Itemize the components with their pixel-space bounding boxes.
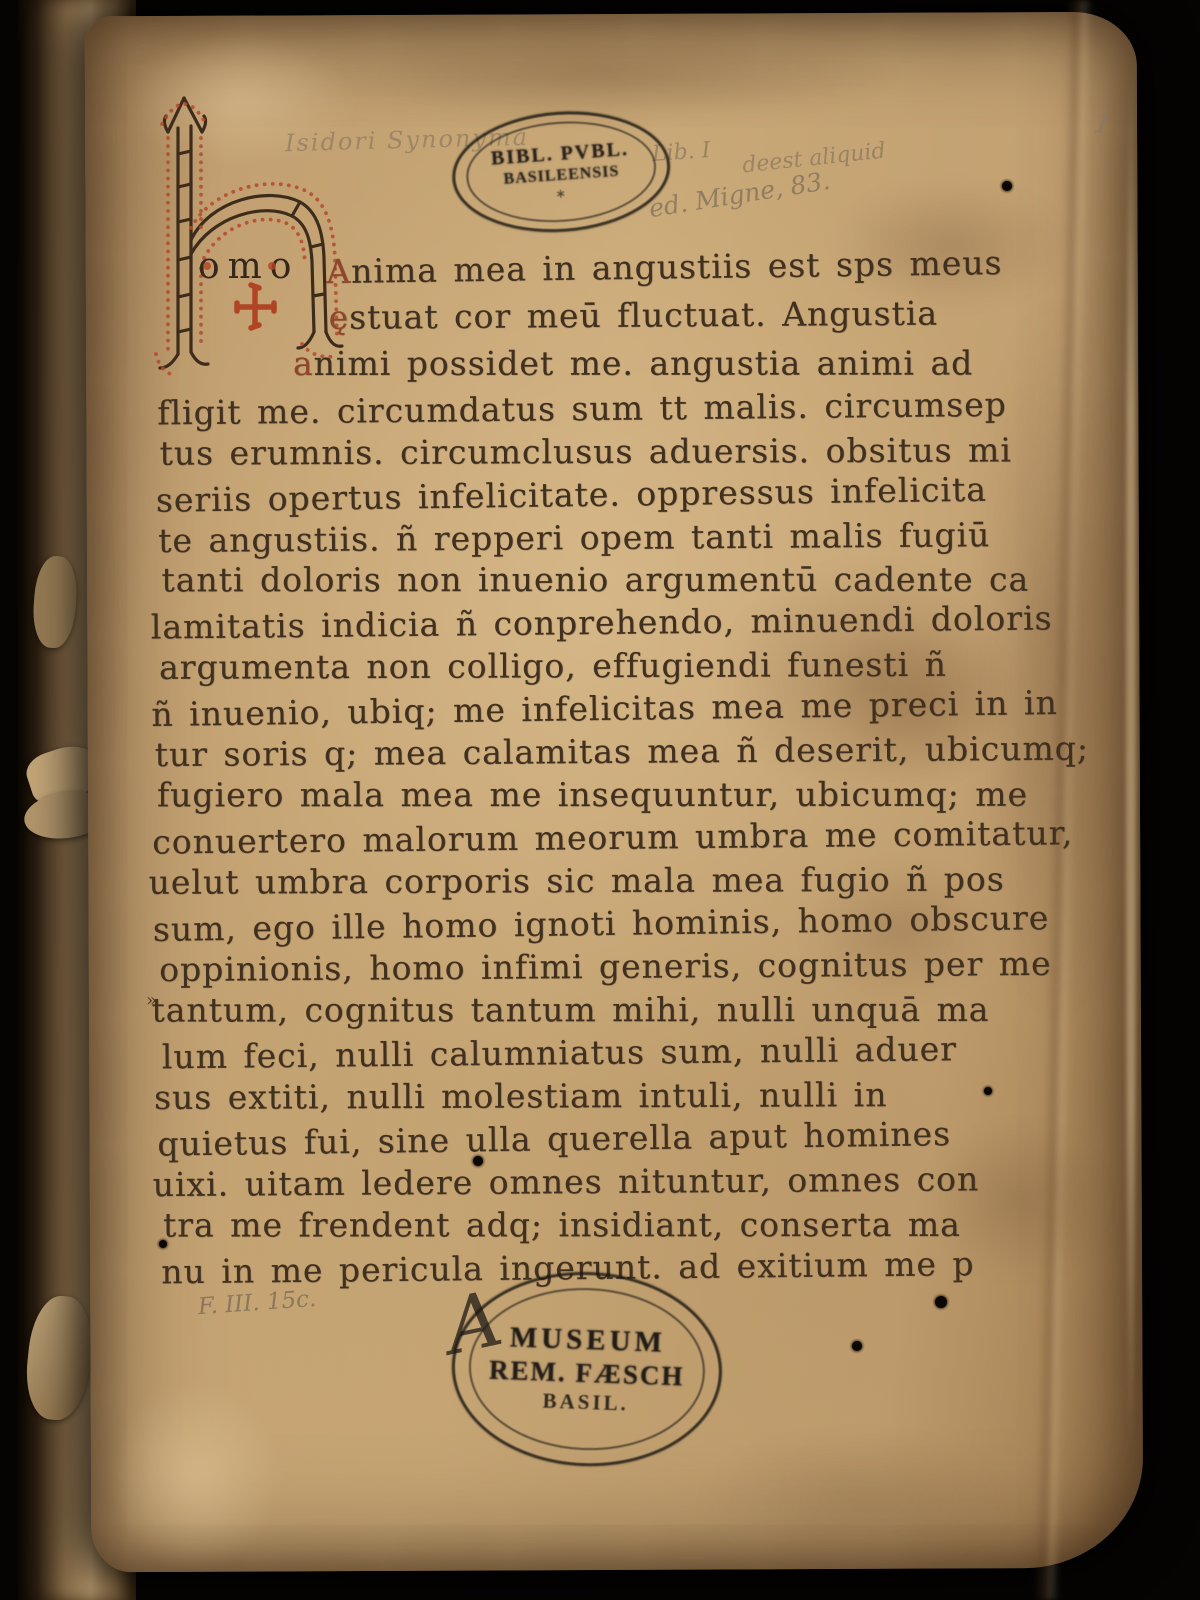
manuscript-line: quietus fui, sine ulla querella aput hom… [157,1114,951,1164]
stamp-oval-inner-border: MUSEUM REM. FÆSCH BASIL. [466,1284,708,1454]
manuscript-line: conuertero malorum meorum umbra me comit… [152,813,1073,861]
manuscript-line: seriis opertus infelicitate. oppressus i… [156,470,987,520]
manuscript-line: uixi. uitam ledere omnes nituntur, omnes… [153,1159,980,1204]
manuscript-photo: Isidori Synonyma Lib. I deest aliquid ed… [0,0,1200,1600]
manuscript-line: lum feci, nulli calumniatus sum, nulli a… [162,1029,958,1076]
manuscript-line: fligit me. circumdatus sum tt malis. cir… [157,385,1007,433]
manuscript-line: Anima mea in angustiis est sps meus [326,243,1003,291]
manuscript-line: uelut umbra corporis sic mala mea fugio … [148,860,1004,902]
manuscript-line: tanti doloris non inuenio argumentū cade… [161,560,1029,600]
wormhole [984,1087,992,1095]
manuscript-line: argumenta non colligo, effugiendi funest… [159,645,947,687]
wormhole [852,1341,862,1351]
manuscript-line: tra me frendent adq; insidiant, conserta… [163,1205,961,1245]
museum-stamp-bottom: MUSEUM REM. FÆSCH BASIL. [449,1267,719,1464]
wormhole [1002,181,1012,191]
manuscript-line: ñ inuenio, ubiq; me infelicitas mea me p… [151,683,1058,734]
manuscript-line: lamitatis indicia ñ conprehendo, minuend… [151,598,1053,646]
stamp-text: REM. FÆSCH [489,1354,685,1392]
stamp-text: BASIL. [542,1388,629,1416]
manuscript-line: sum, ego ille homo ignoti hominis, homo … [153,898,1050,949]
manuscript-line: te angustiis. ñ repperi opem tanti malis… [158,515,990,560]
wormhole [159,1240,167,1248]
manuscript-line: tur soris q; mea calamitas mea ñ deserit… [155,729,1090,775]
manuscript-line: tantum, cognitus tantum mihi, nulli unqu… [151,990,989,1030]
manuscript-line: fugiero mala mea me insequuntur, ubicumq… [157,775,1028,815]
wormhole [473,1156,483,1166]
wormhole [935,1296,947,1308]
manuscript-line: animi possidet me. angustia animi ad [293,344,973,383]
manuscript-line: tus erumnis. circumclusus aduersis. obsi… [159,430,1011,472]
manuscript-line: ęstuat cor meū fluctuat. Angustia [328,294,938,337]
stamp-text: MUSEUM [509,1321,666,1359]
manuscript-line: oppinionis, homo infimi generis, cognitu… [159,944,1052,989]
stamp-oval-border: MUSEUM REM. FÆSCH BASIL. [449,1267,726,1470]
manuscript-line: sus extiti, nulli molestiam intuli, null… [154,1075,888,1117]
